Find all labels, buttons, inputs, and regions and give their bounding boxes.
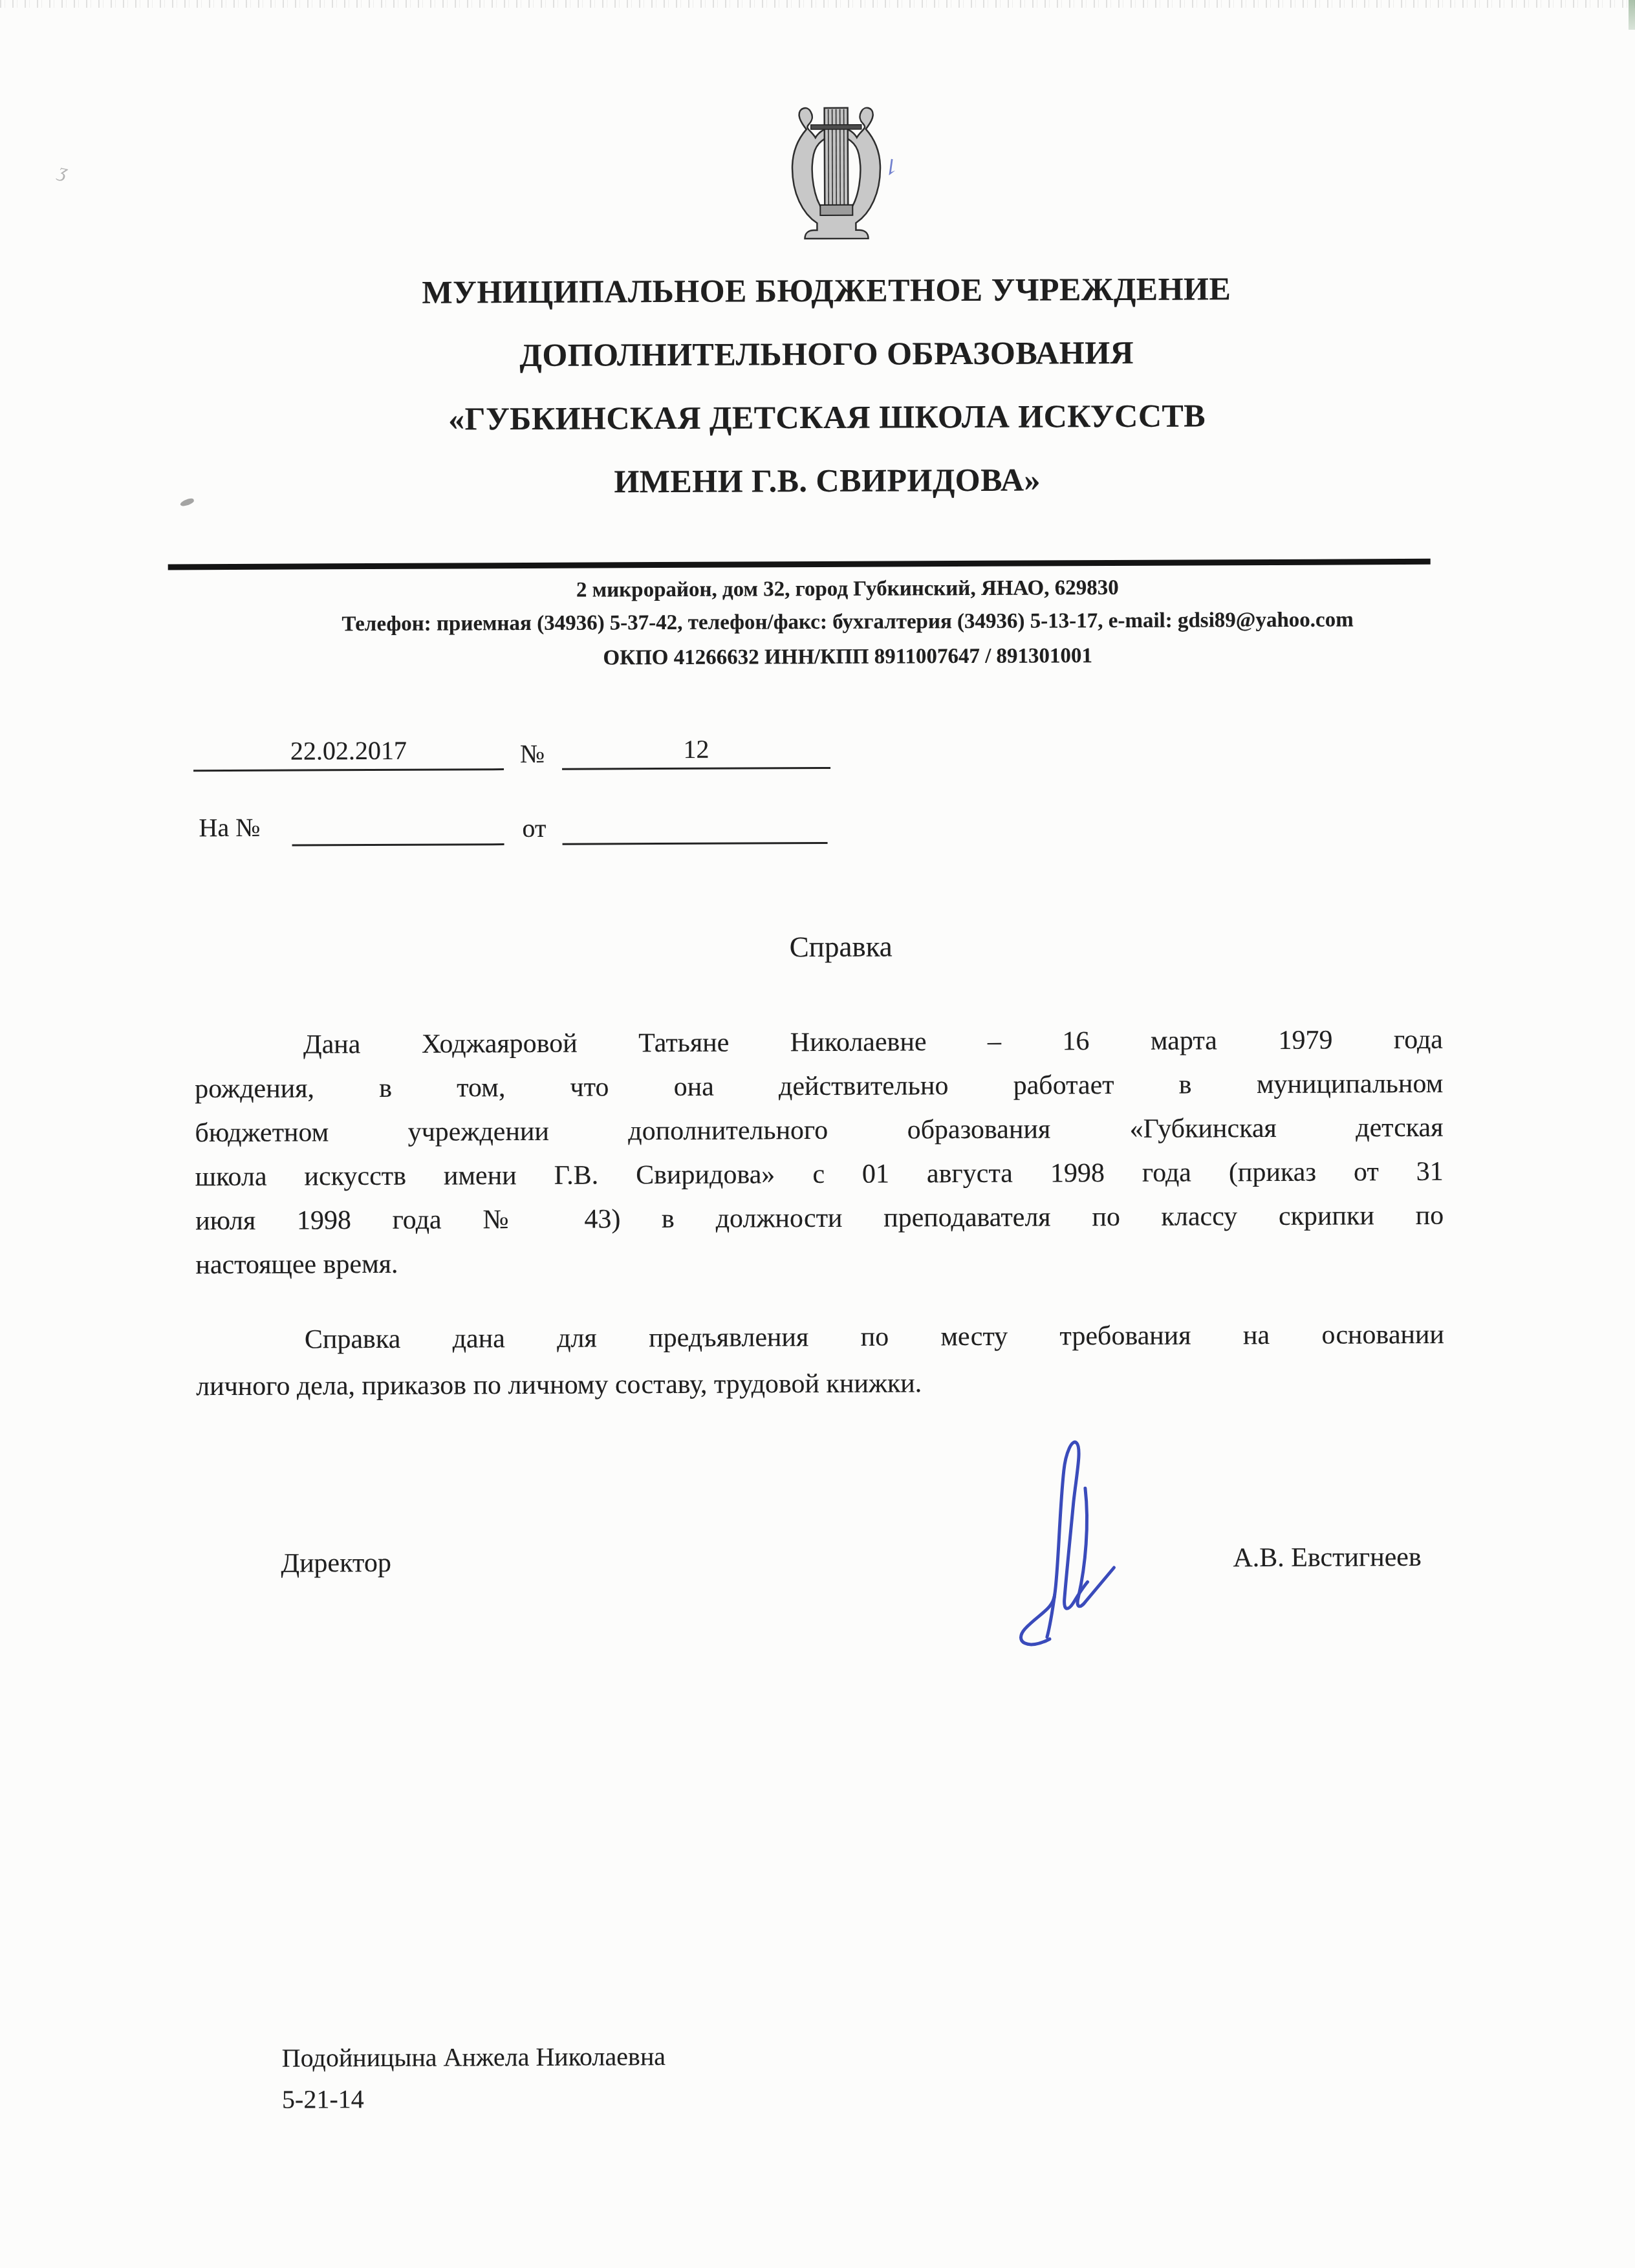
org-phones-email: Телефон: приемная (34936) 5-37-42, телеф… <box>254 608 1441 637</box>
org-name-line-3: «ГУБКИНСКАЯ ДЕТСКАЯ ШКОЛА ИСКУССТВ <box>102 395 1553 439</box>
org-name-line-1: МУНИЦИПАЛЬНОЕ БЮДЖЕТНОЕ УЧРЕЖДЕНИЕ <box>101 268 1552 312</box>
org-name-line-4: ИМЕНИ Г.В. СВИРИДОВА» <box>102 459 1553 502</box>
handwritten-signature <box>987 1433 1143 1660</box>
body-line: Справка дана для предъявления по месту т… <box>196 1312 1444 1363</box>
org-address: 2 микрорайон, дом 32, город Губкинский, … <box>254 575 1441 604</box>
executor-phone: 5-21-14 <box>282 2077 666 2121</box>
executor-block: Подойницына Анжела Николаевна 5-21-14 <box>282 2036 666 2121</box>
doc-number-field: 12 <box>562 733 830 770</box>
body-line: настоящее время. <box>195 1238 1444 1287</box>
reply-from-label: от <box>522 813 546 843</box>
signer-role-label: Директор <box>281 1548 391 1579</box>
document-title: Справка <box>194 927 1442 966</box>
body-paragraph-1: Дана Ходжаяровой Татьяне Николаевне – 16… <box>195 1018 1444 1287</box>
scanned-document-page: ʒ ⇂ МУНИЦИПАЛЬНОЕ БЮДЖЕТНОЕ УЧРЕЖДЕНИЕ Д… <box>0 0 1635 2268</box>
doc-date-field: 22.02.2017 <box>193 735 504 772</box>
executor-name: Подойницына Анжела Николаевна <box>282 2036 666 2079</box>
body-line: рождения, в том, что она действительно р… <box>195 1062 1443 1111</box>
body-line: Дана Ходжаяровой Татьяне Николаевне – 16… <box>195 1018 1443 1067</box>
document-sheet: ʒ ⇂ МУНИЦИПАЛЬНОЕ БЮДЖЕТНОЕ УЧРЕЖДЕНИЕ Д… <box>0 0 1635 2268</box>
body-line: июля 1998 года № 43) в должности препода… <box>195 1194 1444 1243</box>
body-line: школа искусств имени Г.В. Свиридова» с 0… <box>195 1150 1444 1199</box>
lyre-icon <box>788 101 885 255</box>
reply-to-label: На № <box>199 812 260 843</box>
reply-from-date-field <box>562 808 827 845</box>
doc-number-sign: № <box>520 739 545 769</box>
header-divider-rule <box>168 559 1431 570</box>
org-name-line-2: ДОПОЛНИТЕЛЬНОГО ОБРАЗОВАНИЯ <box>101 332 1552 376</box>
body-line: личного дела, приказов по личному состав… <box>196 1358 1444 1410</box>
pencil-squiggle-mark: ʒ <box>56 160 70 183</box>
org-okpo-inn: ОКПО 41266632 ИНН/КПП 8911007647 / 89130… <box>254 643 1441 672</box>
signer-name: А.В. Евстигнеев <box>1233 1542 1422 1573</box>
body-paragraph-2: Справка дана для предъявления по месту т… <box>196 1312 1445 1410</box>
reply-to-number-field <box>292 810 504 846</box>
body-line: бюджетном учреждении дополнительного обр… <box>195 1106 1443 1155</box>
